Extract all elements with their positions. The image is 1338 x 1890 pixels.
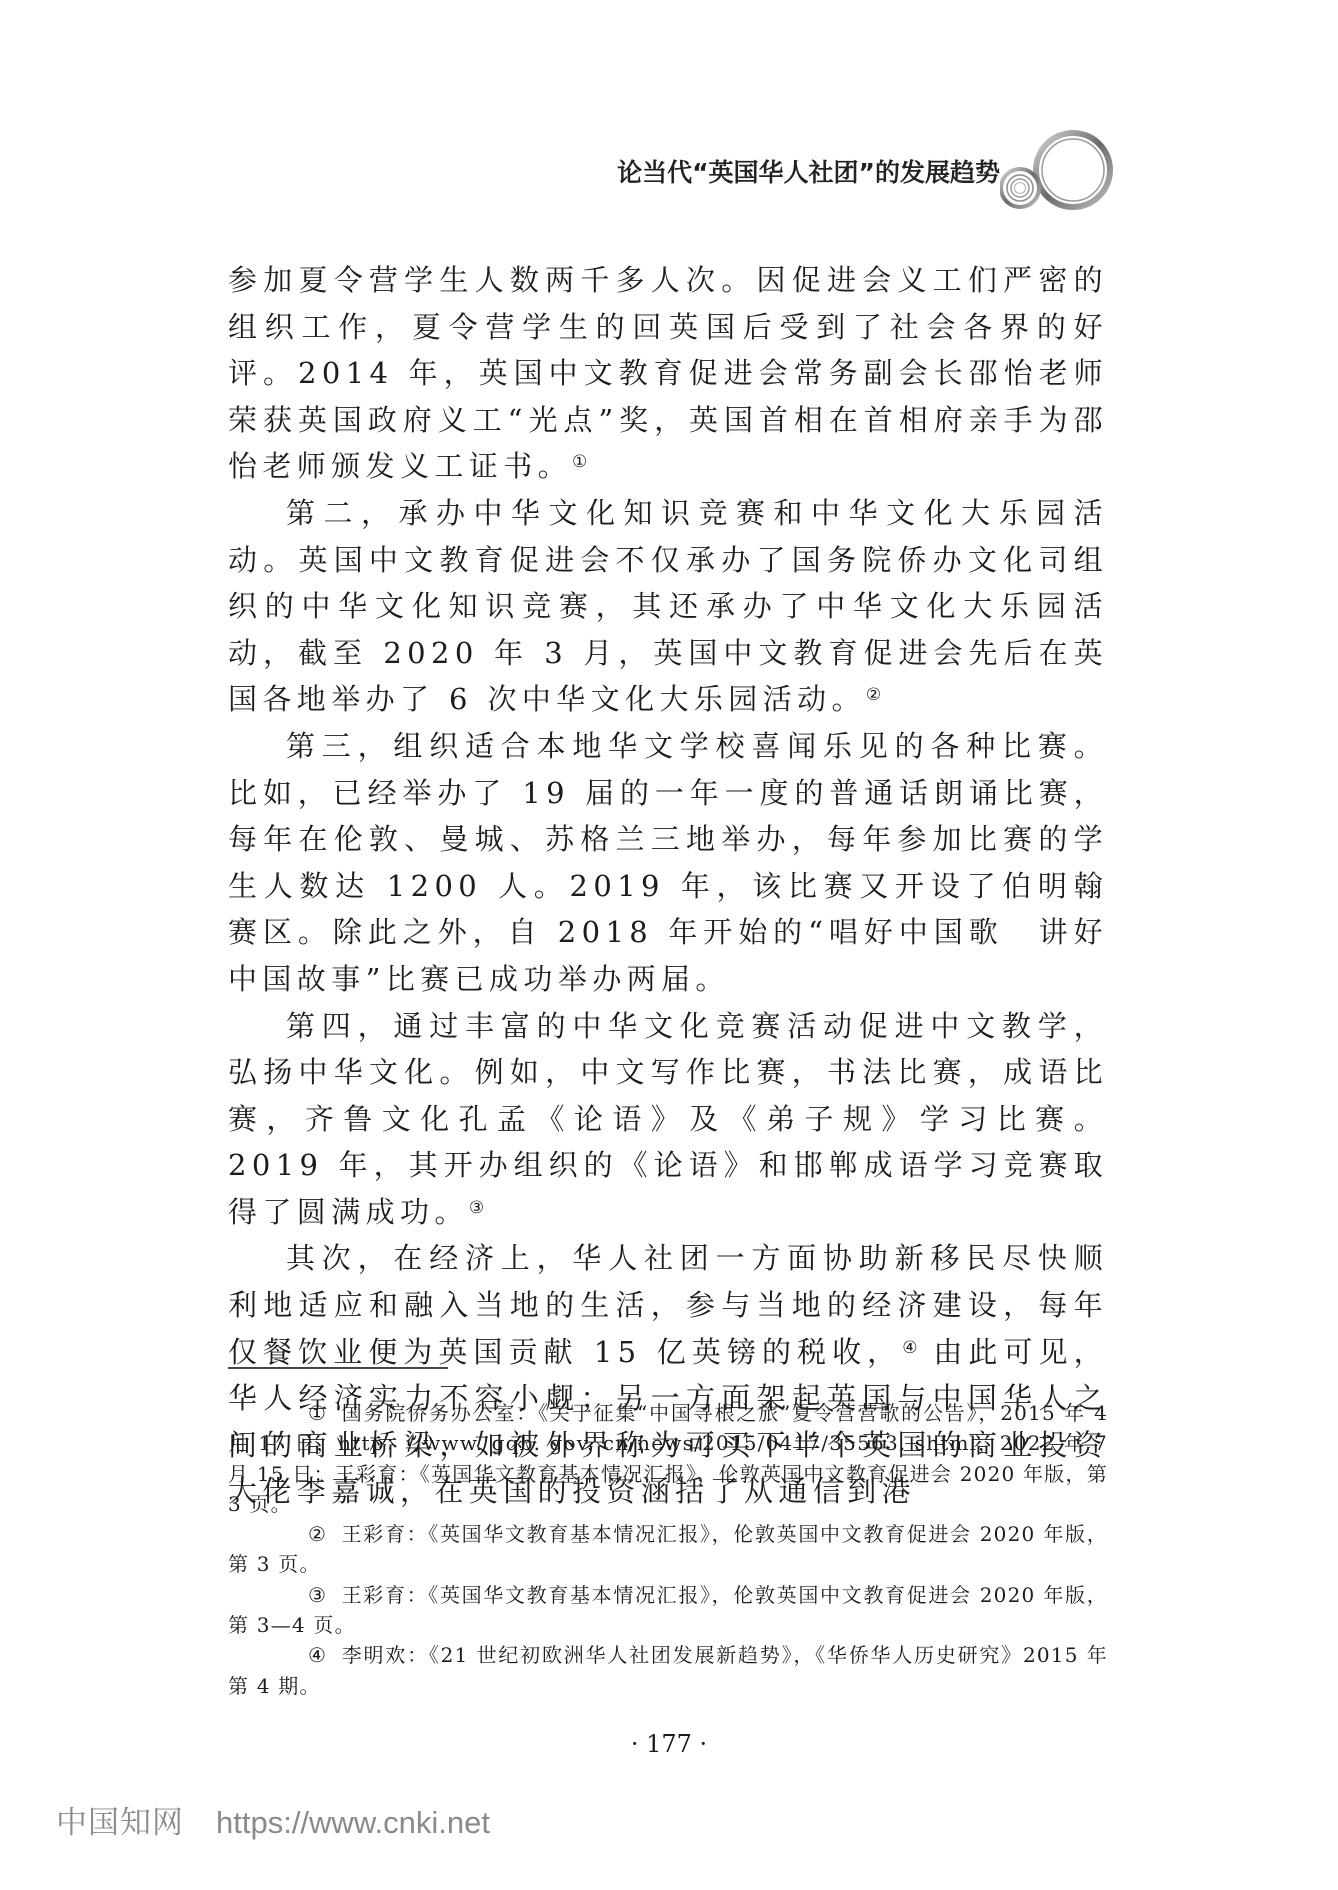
- paragraph-2: 第二，承办中华文化知识竞赛和中华文化大乐园活动。英国中文教育促进会不仅承办了国务…: [228, 490, 1108, 723]
- running-header-title: 论当代“英国华人社团”的发展趋势: [560, 155, 1000, 191]
- page-number: · 177 ·: [569, 1726, 769, 1762]
- body-text: 参加夏令营学生人数两千多人次。因促进会义工们严密的组织工作，夏令营学生的回英国后…: [228, 257, 1108, 1515]
- footnotes: ①国务院侨务办公室：《关于征集“中国寻根之旅”夏令营营歌的公告》，2015 年 …: [228, 1398, 1108, 1701]
- paragraph-text: 参加夏令营学生人数两千多人次。因促进会义工们严密的组织工作，夏令营学生的回英国后…: [228, 263, 1108, 483]
- paragraph-1: 参加夏令营学生人数两千多人次。因促进会义工们严密的组织工作，夏令营学生的回英国后…: [228, 257, 1108, 490]
- footnote-ref-2[interactable]: ②: [866, 685, 881, 705]
- footnote-divider: [228, 1367, 448, 1369]
- footnote-4: ④李明欢：《21 世纪初欧洲华人社团发展新趋势》，《华侨华人历史研究》2015 …: [228, 1640, 1108, 1701]
- footnote-text: 王彩育：《英国华文教育基本情况汇报》，伦敦英国中文教育促进会 2020 年版，第…: [228, 1522, 1108, 1576]
- footnote-1: ①国务院侨务办公室：《关于征集“中国寻根之旅”夏令营营歌的公告》，2015 年 …: [228, 1398, 1108, 1519]
- footnote-mark: ②: [268, 1519, 327, 1549]
- footnote-mark: ④: [268, 1640, 327, 1670]
- footnote-ref-3[interactable]: ③: [469, 1198, 484, 1218]
- paragraph-3: 第三，组织适合本地华文学校喜闻乐见的各种比赛。比如，已经举办了 19 届的一年一…: [228, 723, 1108, 1003]
- watermark-name: 中国知网: [56, 1805, 184, 1841]
- paragraph-text: 第二，承办中华文化知识竞赛和中华文化大乐园活动。英国中文教育促进会不仅承办了国务…: [228, 496, 1108, 716]
- paragraph-4: 第四，通过丰富的中华文化竞赛活动促进中文教学，弘扬中华文化。例如，中文写作比赛，…: [228, 1003, 1108, 1236]
- footnote-text: 国务院侨务办公室：《关于征集“中国寻根之旅”夏令营营歌的公告》，2015 年 4…: [228, 1401, 1108, 1516]
- footnote-2: ②王彩育：《英国华文教育基本情况汇报》，伦敦英国中文教育促进会 2020 年版，…: [228, 1519, 1108, 1580]
- double-ring-ornament-icon: [1000, 128, 1120, 218]
- footnote-ref-4[interactable]: ④: [902, 1338, 918, 1358]
- footnote-mark: ①: [268, 1398, 327, 1428]
- footnote-text: 王彩育：《英国华文教育基本情况汇报》，伦敦英国中文教育促进会 2020 年版，第…: [228, 1583, 1108, 1637]
- cnki-watermark: 中国知网https://www.cnki.net: [56, 1800, 490, 1846]
- paragraph-text: 第四，通过丰富的中华文化竞赛活动促进中文教学，弘扬中华文化。例如，中文写作比赛，…: [228, 1009, 1108, 1229]
- footnote-text: 李明欢：《21 世纪初欧洲华人社团发展新趋势》，《华侨华人历史研究》2015 年…: [228, 1643, 1108, 1697]
- footnote-ref-1[interactable]: ①: [572, 452, 587, 472]
- paragraph-text: 第三，组织适合本地华文学校喜闻乐见的各种比赛。比如，已经举办了 19 届的一年一…: [228, 729, 1108, 996]
- footnote-3: ③王彩育：《英国华文教育基本情况汇报》，伦敦英国中文教育促进会 2020 年版，…: [228, 1580, 1108, 1641]
- footnote-mark: ③: [268, 1580, 327, 1610]
- watermark-url[interactable]: https://www.cnki.net: [216, 1805, 490, 1840]
